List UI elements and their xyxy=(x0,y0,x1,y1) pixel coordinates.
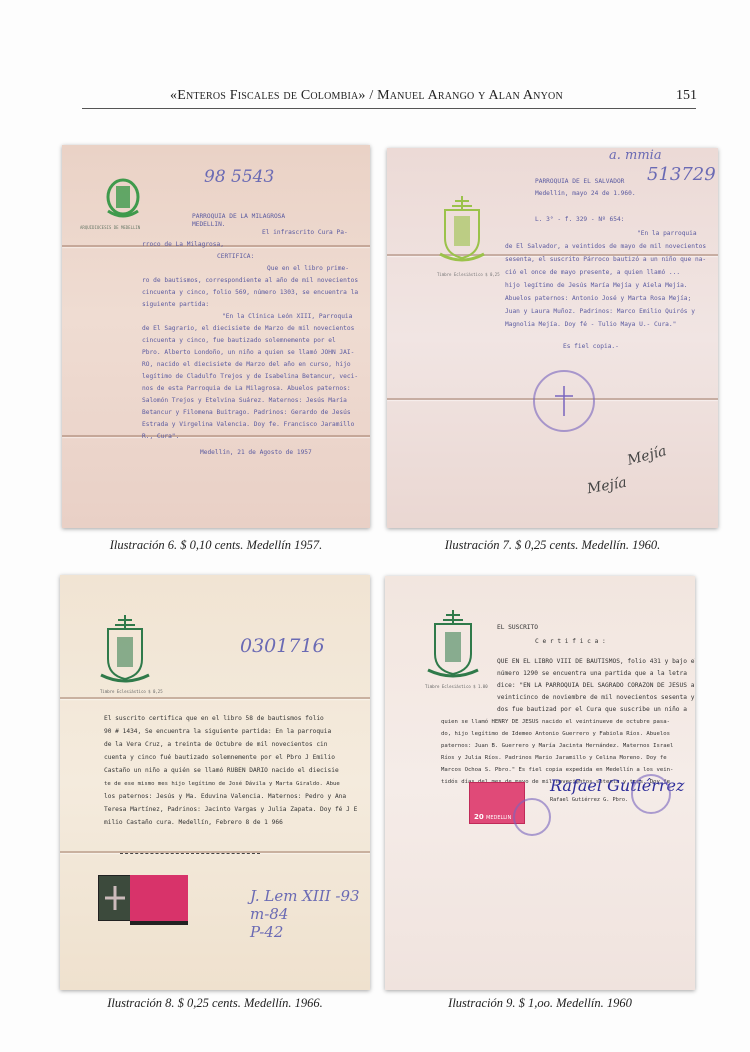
signature xyxy=(120,837,260,854)
parish-seal xyxy=(631,774,671,814)
crest-label: Timbre Eclesiástico $ 0,25 xyxy=(437,272,500,277)
handwritten-note: J. Lem XIII -93 xyxy=(250,887,360,905)
stamp-label: MEDELLIN xyxy=(486,815,511,821)
revenue-stamp-red xyxy=(130,875,188,925)
handwritten-annotation: a. mmia xyxy=(609,148,662,163)
parish-seal xyxy=(513,798,551,836)
caption-illustration-9: Ilustración 9. $ 1,oo. Medellín. 1960 xyxy=(385,996,695,1011)
illustration-6-document: ARQUIDIOCESIS DE MEDELLIN 98 5543 PARROQ… xyxy=(62,145,370,528)
typed-reference: L. 3° - f. 329 - Nº 654: xyxy=(535,214,624,227)
page-number: 151 xyxy=(676,88,697,104)
revenue-stamp-cross xyxy=(98,875,132,921)
signature-typed-name: Rafael Gutiérrez G. Pbro. xyxy=(550,794,628,807)
handwritten-number: 0301716 xyxy=(240,635,325,657)
fold-line xyxy=(62,435,370,437)
crest-label: Timbre Eclesiástico $ 0,25 xyxy=(100,689,163,694)
illustration-7-document: Timbre Eclesiástico $ 0,25 a. mmia 51372… xyxy=(387,148,718,528)
crest-icon xyxy=(102,177,144,222)
handwritten-number: 513729 xyxy=(647,164,716,185)
handwritten-number: 98 5543 xyxy=(204,167,274,187)
crest-icon xyxy=(425,610,481,682)
crest-label: ARQUIDIOCESIS DE MEDELLIN xyxy=(80,225,140,230)
fold-line xyxy=(60,697,370,699)
header-rule xyxy=(82,108,696,109)
crest-icon xyxy=(437,196,487,266)
illustration-9-document: Timbre Eclesiástico $ 1.00 EL SUSCRITO C… xyxy=(385,576,695,990)
running-title: «Enteros Fiscales de Colombia» / Manuel … xyxy=(170,88,563,104)
crest-label: Timbre Eclesiástico $ 1.00 xyxy=(425,684,488,689)
caption-illustration-8: Ilustración 8. $ 0,25 cents. Medellín. 1… xyxy=(60,996,370,1011)
parish-seal xyxy=(533,370,595,432)
stamp-value: 20 xyxy=(474,813,484,821)
cross-icon xyxy=(99,876,131,920)
caption-illustration-6: Ilustración 6. $ 0,10 cents. Medellín 19… xyxy=(62,538,370,553)
typed-heading: PARROQUIA DE EL SALVADOR Medellín, mayo … xyxy=(535,176,636,200)
handwritten-note: P-42 xyxy=(250,923,283,941)
caption-illustration-7: Ilustración 7. $ 0,25 cents. Medellín. 1… xyxy=(387,538,718,553)
running-header: «Enteros Fiscales de Colombia» / Manuel … xyxy=(152,88,692,108)
cross-icon xyxy=(535,372,593,430)
illustration-8-document: Timbre Eclesiástico $ 0,25 0301716 El su… xyxy=(60,575,370,990)
typed-heading: EL SUSCRITO xyxy=(497,622,538,635)
typed-title: C e r t i f i c a : xyxy=(535,636,606,649)
handwritten-note: m-84 xyxy=(250,905,288,923)
crest-icon xyxy=(98,615,152,687)
